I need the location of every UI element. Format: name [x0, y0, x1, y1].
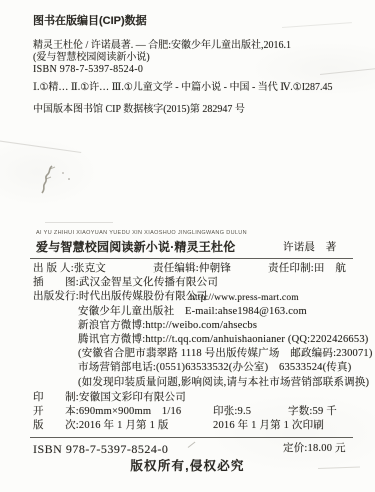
cip-isbn-line: ISBN 978-7-5397-8524-0	[33, 64, 143, 76]
isbn-divider-rule	[30, 437, 353, 438]
scan-speck	[68, 178, 70, 180]
printer-line: 印 制:安徽国文彩印有限公司	[33, 392, 186, 405]
edition-line: 版 次:2016 年 1 月第 1 版	[33, 420, 169, 433]
cip-header: 图书在版编目(CIP)数据	[33, 15, 147, 28]
format-line: 开 本:690mm×900mm 1/16	[33, 406, 181, 419]
series-title: 爱与智慧校园阅读新小说·精灵王杜伦	[36, 240, 235, 254]
scan-faint-line	[45, 222, 113, 223]
impression-line: 2016 年 1 月第 1 次印刷	[213, 420, 324, 433]
scan-artifact-squiggle	[36, 163, 62, 197]
scan-scratch	[0, 140, 81, 153]
sheets-value: 印张:9.5	[213, 406, 251, 419]
cip-series-line: (爱与智慧校园阅读新小说)	[33, 52, 150, 64]
address-line: (安徽省合肥市翡翠路 1118 号出版传媒广场 邮政编码:230071)	[78, 348, 373, 361]
illustrator-line: 插 图:武汉金智星文化传播有限公司	[33, 277, 218, 290]
press-email-line: 安徽少年儿童出版社 E-mail:ahse1984@163.com	[78, 306, 307, 319]
scan-scratch	[282, 22, 352, 28]
price-value: 定价:18.00 元	[283, 443, 346, 456]
cip-record-line: 中国版本图书馆 CIP 数据核字(2015)第 282947 号	[33, 104, 245, 116]
isbn-bottom: ISBN 978-7-5397-8524-0	[33, 442, 168, 456]
publisher-person: 出 版 人:张克文	[33, 263, 106, 276]
series-pinyin: AI YU ZHIHUI XIAOYUAN YUEDU XIN XIAOSHUO…	[36, 230, 247, 237]
tencent-weibo-line: 腾讯官方微博:http://t.qq.com/anhuishaonianer (…	[78, 334, 368, 347]
author-name: 许诺晨 著	[283, 242, 337, 255]
sina-weibo-line: 新浪官方微博:http://weibo.com/ahsecbs	[78, 320, 257, 333]
scan-scratch	[320, 68, 375, 75]
word-count-value: 字数:59 千	[288, 406, 337, 419]
responsible-editor: 责任编辑:仲朝锋	[153, 263, 231, 276]
publisher-url: http://www.press-mart.com	[190, 293, 299, 304]
scan-mark	[188, 442, 196, 448]
marketing-phone-line: 市场营销部电话:(0551)63533532(办公室) 63533524(传真)	[78, 362, 351, 375]
copyright-notice: 版权所有,侵权必究	[0, 459, 375, 474]
publisher-group-line: 出版发行:时代出版传媒股份有限公司	[33, 291, 207, 304]
quality-note-line: (如发现印装质量问题,影响阅读,请与本社市场营销部联系调换)	[78, 377, 369, 390]
cip-title-line: 精灵王杜伦 / 许诺晨著. — 合肥:安徽少年儿童出版社,2016.1	[33, 40, 291, 52]
book-copyright-page: 图书在版编目(CIP)数据 精灵王杜伦 / 许诺晨著. — 合肥:安徽少年儿童出…	[0, 0, 375, 492]
print-supervisor: 责任印制:田 航	[268, 263, 346, 276]
scan-speck	[62, 172, 64, 174]
cip-classification-line: Ⅰ.①精… Ⅱ.①许… Ⅲ.①儿童文学 - 中篇小说 - 中国 - 当代 Ⅳ.①…	[33, 82, 333, 94]
title-divider-rule	[30, 258, 353, 259]
